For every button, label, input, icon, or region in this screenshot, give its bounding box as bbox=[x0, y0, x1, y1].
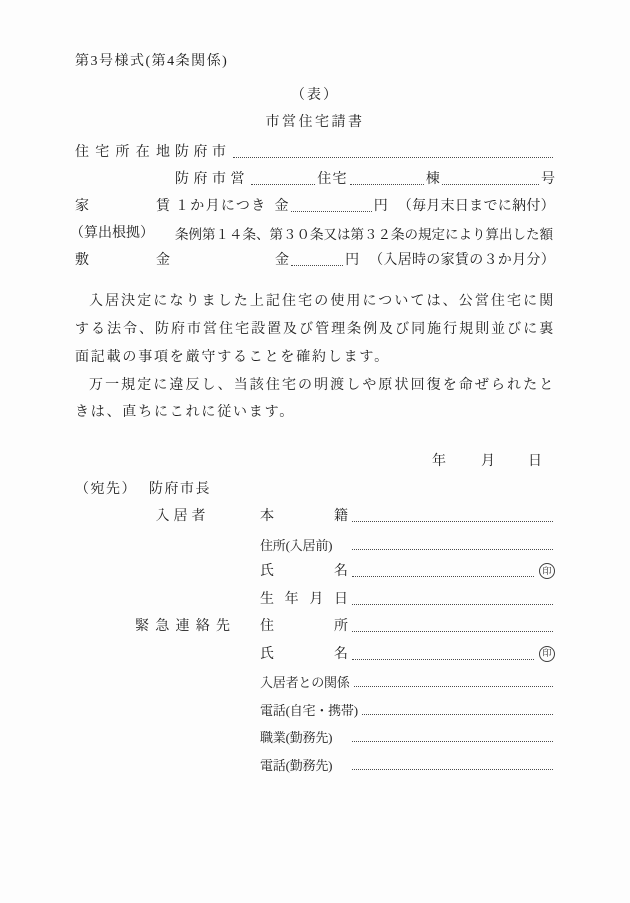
year-label: 年 bbox=[432, 455, 446, 469]
address-before-fill-line bbox=[352, 548, 553, 550]
occupation-label: 職業(勤務先) bbox=[260, 731, 348, 744]
phone-home-fill-line bbox=[362, 713, 553, 715]
phone-work-fill-line bbox=[352, 768, 553, 770]
calc-basis-row: （算出根拠） 条例第１４条、第３０条又は第３２条の規定により算出した額 bbox=[75, 214, 555, 241]
relationship-label: 入居者との関係 bbox=[260, 676, 350, 689]
estate-prefix: 防府市営 bbox=[175, 173, 249, 187]
domicile-label: 本籍 bbox=[260, 510, 348, 524]
building-suffix: 棟 bbox=[426, 173, 440, 187]
housing-location-label: 住宅所在地 bbox=[75, 146, 170, 160]
domicile-fill-line bbox=[352, 520, 553, 522]
city-prefix: 防府市 bbox=[175, 146, 231, 160]
addressee-prefix: （宛先） bbox=[75, 483, 137, 497]
rent-row: 家賃 １か月につき 金 円 （毎月末日までに納付） bbox=[75, 187, 555, 214]
room-fill-line bbox=[442, 183, 539, 185]
pledge-paragraph-1: 入居決定になりました上記住宅の使用については、公営住宅に関する法令、防府市営住宅… bbox=[75, 288, 555, 371]
rent-amount-fill-line bbox=[291, 210, 372, 212]
housing-info-section: 住宅所在地 防府市 防府市営 住宅 棟 号 家賃 １か月につき bbox=[75, 133, 555, 269]
addressee-line: （宛先） 防府市長 bbox=[75, 469, 555, 497]
month-label: 月 bbox=[481, 455, 495, 469]
calc-basis-text: 条例第１４条、第３０条又は第３２条の規定により算出した額 bbox=[175, 228, 553, 242]
deposit-row: 敷金 金 円 （入居時の家賃の３か月分） bbox=[75, 241, 555, 268]
rent-amount-prefix: 金 bbox=[275, 200, 289, 214]
phone-work-label: 電話(勤務先) bbox=[260, 759, 348, 772]
location-fill-line bbox=[233, 156, 554, 158]
deposit-amount-fill-line bbox=[291, 264, 343, 266]
phone-home-label: 電話(自宅・携帯) bbox=[260, 704, 358, 717]
housing-pledge-document: 第3号様式(第4条関係) （表） 市営住宅請書 住宅所在地 防府市 防府市営 住… bbox=[0, 0, 630, 903]
occupation-row: 職業(勤務先) bbox=[75, 717, 555, 745]
housing-estate-row: 防府市営 住宅 棟 号 bbox=[75, 160, 555, 187]
occupation-fill-line bbox=[352, 740, 553, 742]
address-before-label: 住所(入居前) bbox=[260, 539, 348, 552]
tenant-name-label: 氏名 bbox=[260, 565, 348, 579]
seal-icon: 印 bbox=[539, 646, 555, 662]
calc-basis-label: （算出根拠） bbox=[70, 227, 170, 241]
seal-icon: 印 bbox=[539, 563, 555, 579]
birthdate-label: 生年月日 bbox=[260, 593, 348, 607]
emergency-name-label: 氏名 bbox=[260, 648, 348, 662]
document-content: 第3号様式(第4条関係) （表） 市営住宅請書 住宅所在地 防府市 防府市営 住… bbox=[75, 0, 555, 772]
tenant-address-row: 住所(入居前) bbox=[75, 524, 555, 552]
signature-section: 入居者 本籍 住所(入居前) 氏名 印 bbox=[75, 497, 555, 772]
deposit-amount-prefix: 金 bbox=[275, 254, 289, 268]
side-label: （表） bbox=[75, 88, 555, 104]
housing-location-row: 住宅所在地 防府市 bbox=[75, 133, 555, 160]
relationship-fill-line bbox=[354, 685, 553, 687]
form-number: 第3号様式(第4条関係) bbox=[75, 54, 555, 70]
room-suffix: 号 bbox=[541, 173, 555, 187]
rent-amount-unit: 円 bbox=[374, 200, 388, 214]
emergency-address-fill-line bbox=[352, 630, 553, 632]
date-line: 年 月 日 bbox=[75, 442, 555, 470]
tenant-section-label: 入居者 bbox=[135, 510, 230, 524]
deposit-amount-unit: 円 bbox=[345, 254, 359, 268]
tenant-name-row: 氏名 印 bbox=[75, 552, 555, 580]
relationship-row: 入居者との関係 bbox=[75, 662, 555, 690]
emergency-name-fill-line bbox=[352, 658, 534, 660]
tenant-domicile-row: 入居者 本籍 bbox=[75, 497, 555, 525]
deposit-label: 敷金 bbox=[75, 254, 170, 268]
phone-home-row: 電話(自宅・携帯) bbox=[75, 689, 555, 717]
estate-name-fill-line bbox=[251, 183, 315, 185]
emergency-address-label: 住所 bbox=[260, 620, 348, 634]
emergency-name-row: 氏名 印 bbox=[75, 634, 555, 662]
tenant-name-fill-line bbox=[352, 575, 534, 577]
rent-note: （毎月末日までに納付） bbox=[398, 200, 555, 214]
tenant-birthdate-row: 生年月日 bbox=[75, 579, 555, 607]
birthdate-fill-line bbox=[352, 603, 553, 605]
pledge-section: 入居決定になりました上記住宅の使用については、公営住宅に関する法令、防府市営住宅… bbox=[75, 288, 555, 427]
page-title: 市営住宅請書 bbox=[75, 115, 555, 131]
phone-work-row: 電話(勤務先) bbox=[75, 744, 555, 772]
emergency-section-label: 緊急連絡先 bbox=[135, 620, 230, 634]
building-fill-line bbox=[350, 183, 424, 185]
day-label: 日 bbox=[528, 455, 542, 469]
emergency-address-row: 緊急連絡先 住所 bbox=[75, 607, 555, 635]
rent-period: １か月につき bbox=[175, 200, 267, 214]
deposit-note: （入居時の家賃の３か月分） bbox=[369, 254, 555, 268]
pledge-paragraph-2: 万一規定に違反し、当該住宅の明渡しや原状回復を命ぜられたときは、直ちにこれに従い… bbox=[75, 372, 555, 427]
estate-suffix: 住宅 bbox=[317, 173, 348, 187]
addressee-name: 防府市長 bbox=[149, 483, 211, 497]
rent-label: 家賃 bbox=[75, 200, 170, 214]
